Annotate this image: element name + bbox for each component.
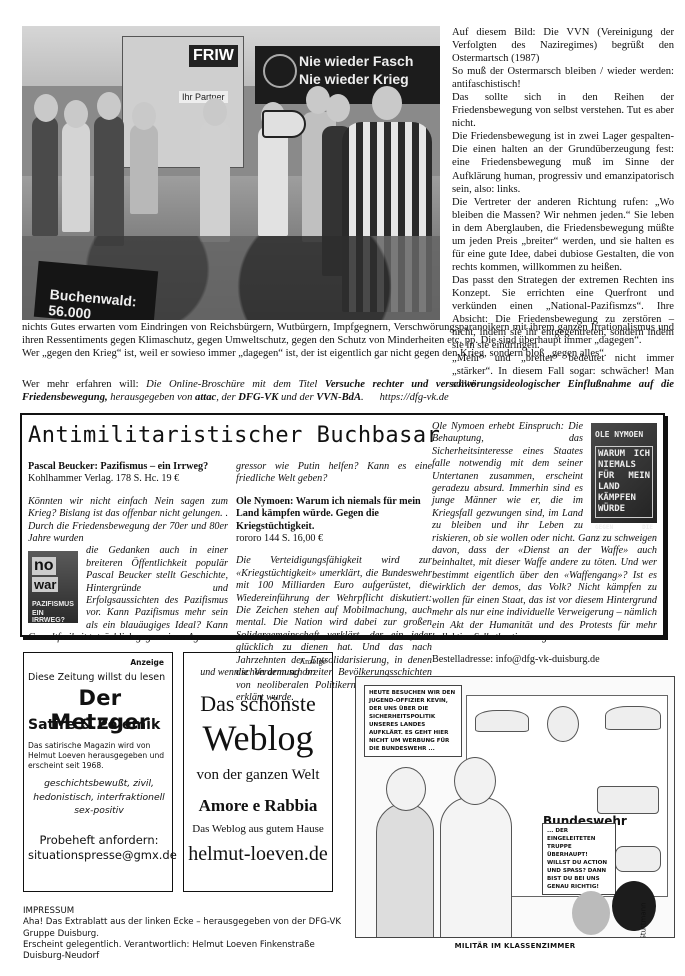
cartoon-caption: MILITÄR IM KLASSENZIMMER (355, 942, 675, 950)
impressum-line: Erscheint gelegentlich. Verantwortlich: … (23, 940, 343, 963)
ad-description: Das satirische Magazin wird von Helmut L… (28, 741, 170, 771)
further-reading-lead: Wer mehr erfahren will: (22, 379, 146, 390)
truck-sign: FRIW (189, 45, 238, 67)
cover-text: war (32, 577, 58, 592)
ad-label: Anzeige (299, 657, 326, 666)
sep: . (361, 392, 364, 403)
article-paragraph: Auf diesem Bild: Die VVN (Vereinigung de… (452, 26, 674, 65)
vvn-easter-march-photo: FRIW Ihr Partner Nie wieder Fasch Nie wi… (22, 26, 440, 320)
dfg-vk-link[interactable]: https://dfg-vk.de (380, 392, 449, 403)
further-reading-intro: Die Online-Broschüre mit dem Titel (146, 379, 325, 390)
article-full-width: nichts Gutes erwarten vom Eindringen von… (22, 321, 674, 360)
cover-text: PAZIFISMUS (32, 601, 74, 608)
org-vvn-bda: VVN-BdA (316, 392, 361, 403)
ad-label: Anzeige (130, 658, 164, 667)
cover-author: OLE NYMOEN (595, 429, 653, 440)
ship-icon (597, 786, 659, 814)
impressum-heading: IMPRESSUM (23, 906, 343, 917)
transport-plane-icon (605, 706, 661, 730)
teacher-head (386, 767, 426, 811)
book-2-column-right: OLE NYMOEN WARUM ICH NIEMALS FÜR MEIN LA… (432, 421, 657, 667)
further-reading-mid: herausgegeben von (108, 392, 195, 403)
student-head (572, 891, 610, 935)
helicopter-icon (547, 706, 579, 742)
banner-line-1: Nie wieder Fasch (299, 52, 440, 70)
impressum: IMPRESSUM Aha! Das Extrablatt aus der li… (23, 906, 343, 962)
speech-bubble-teacher: Heute besuchen wir den Jugend-Offizier K… (364, 685, 462, 757)
ad-headline-2: Weblog (184, 717, 332, 759)
sep: , der (216, 392, 238, 403)
jet-icon (475, 710, 529, 732)
teacher-figure (376, 803, 434, 938)
book-bazaar-heading: Antimilitaristischer Buchbasar (28, 423, 440, 448)
vvn-emblem-icon (263, 54, 297, 88)
ad-tags: geschichtsbewußt, zivil, hedonistisch, i… (28, 777, 170, 818)
cartoonist-signature: Stuttmann (639, 902, 647, 938)
ad-tagline: und wenn schon denn schon: (184, 667, 332, 678)
book-1-text-continued: gressor wie Putin helfen? Kann es eine f… (236, 461, 432, 486)
ad-headline-3: von der ganzen Welt (184, 767, 332, 784)
book-2-title: Ole Nymoen: Warum ich niemals für mein L… (236, 496, 432, 533)
ad-blog-tagline: Das Weblog aus gutem Hause (184, 823, 332, 835)
article-paragraph: Die Vertreter der anderen Richtung rufen… (452, 196, 674, 274)
article-paragraph: Das sollte sich in den Reihen der Friede… (452, 91, 674, 130)
ad-blog-url[interactable]: helmut-loeven.de (184, 843, 332, 866)
book-2-publisher: rororo 144 S. 16,00 € (236, 533, 432, 545)
ad-blog-name: Amore e Rabbia (184, 796, 332, 816)
cartoon-militaer-im-klassenzimmer: Bundeswehr Heute besuchen wir den Jugend… (355, 676, 675, 938)
officer-head (454, 757, 496, 805)
buchenwald-sign: Buchenwald: 56.000 (34, 261, 158, 320)
article-paragraph: nichts Gutes erwarten vom Eindringen von… (22, 321, 674, 347)
article-paragraph: Die Friedensbewegung ist in zwei Lager g… (452, 130, 674, 195)
ad-headline-1: Das schönste (184, 691, 332, 717)
ad-weblog: Anzeige und wenn schon denn schon: Das s… (183, 652, 333, 892)
officer-figure (440, 797, 512, 938)
impressum-line: Aha! Das Extrablatt aus der linken Ecke … (23, 917, 343, 940)
tank-icon (615, 846, 661, 872)
further-reading: Wer mehr erfahren will: Die Online-Brosc… (22, 378, 674, 404)
org-attac: attac (195, 392, 216, 403)
ad-der-metzger: Anzeige Diese Zeitung willst du lesen De… (23, 652, 173, 892)
book-1-intro: Könnten wir nicht einfach Nein sagen zum… (28, 496, 228, 546)
article-paragraph: So muß der Ostermarsch bleiben / wieder … (452, 65, 674, 91)
speech-bubble-officer: ... der eingeleiteten Truppe überhaupt! … (542, 823, 616, 895)
ad-subtitle: Satire & Polemik (28, 717, 160, 733)
book-1-publisher: Kohlhammer Verlag. 178 S. Hc. 19 € (28, 473, 228, 485)
order-address[interactable]: Bestelladresse: info@dfg-vk-duisburg.de (432, 654, 657, 666)
ad-cta-text: Probeheft anfordern: (28, 833, 170, 848)
org-dfg-vk: DFG-VK (238, 392, 278, 403)
student-head (612, 881, 656, 931)
book-2-cover: OLE NYMOEN WARUM ICH NIEMALS FÜR MEIN LA… (591, 423, 657, 523)
ad-email-link[interactable]: situationspresse@gmx.de (28, 848, 170, 863)
book-1-title: Pascal Beucker: Pazifismus – ein Irrweg? (28, 461, 228, 473)
cover-text: no (32, 557, 56, 575)
cover-text: EIN IRRWEG? (32, 610, 78, 624)
ad-cta: Probeheft anfordern: situationspresse@gm… (28, 833, 170, 863)
protest-banner: Nie wieder Fasch Nie wieder Krieg (255, 46, 440, 104)
book-bazaar-box: Antimilitaristischer Buchbasar Pascal Be… (20, 413, 665, 637)
megaphone-icon (262, 110, 306, 138)
article-paragraph: Wer „gegen den Krieg“ ist, weil er sowie… (22, 347, 674, 360)
sep: und der (278, 392, 316, 403)
cover-title: WARUM ICH NIEMALS FÜR MEIN LAND KÄMPFEN … (595, 446, 653, 518)
ad-tagline: Diese Zeitung willst du lesen (28, 672, 165, 683)
book-1-cover: no war PAZIFISMUS EIN IRRWEG? (28, 551, 78, 623)
book-1-column: Pascal Beucker: Pazifismus – ein Irrweg?… (28, 461, 228, 645)
